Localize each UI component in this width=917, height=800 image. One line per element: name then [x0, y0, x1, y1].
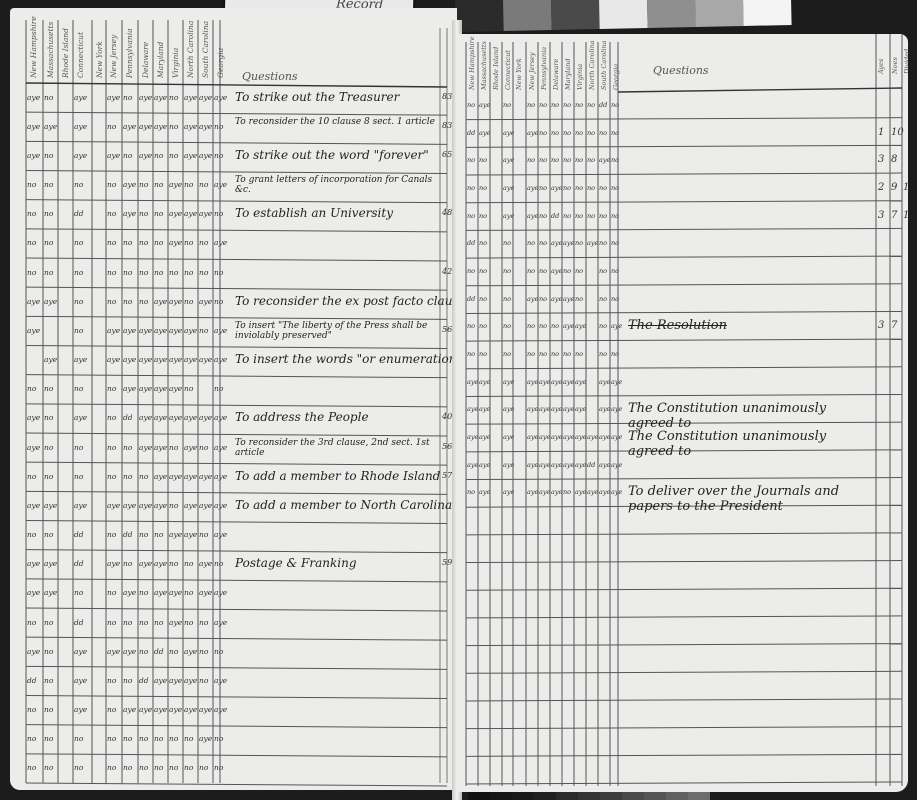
vote-cell: aye	[599, 156, 610, 164]
state-header: Delaware	[552, 46, 560, 90]
vote-cell: no	[539, 350, 547, 358]
vote-cell: no	[199, 676, 208, 685]
question-text: The Constitution unanimously agreed to	[628, 429, 863, 459]
vote-cell: no	[169, 443, 178, 452]
vote-cell: no	[575, 295, 583, 303]
vote-cell: no	[107, 122, 116, 131]
tally-header: Ayes	[877, 44, 885, 74]
vote-cell: no	[539, 156, 547, 164]
vote-cell: aye	[479, 101, 490, 109]
vote-cell: no	[74, 734, 83, 743]
vote-cell: aye	[575, 405, 586, 413]
vote-cell: aye	[587, 239, 598, 247]
vote-cell: no	[169, 763, 178, 772]
vote-cell: no	[184, 180, 193, 189]
vote-cell: no	[575, 267, 583, 275]
vote-cell: aye	[199, 501, 212, 510]
vote-cell: no	[587, 101, 595, 109]
question-text: To add a member to North Carolina	[235, 498, 435, 512]
vote-cell: aye	[169, 705, 182, 714]
vote-cell: aye	[199, 413, 212, 422]
vote-cell: no	[467, 350, 475, 358]
vote-cell: no	[123, 151, 132, 160]
vote-cell: no	[123, 238, 132, 247]
vote-cell: aye	[563, 295, 574, 303]
vote-cell: aye	[199, 559, 212, 568]
question-text: To insert the words "or enumeration"	[235, 352, 435, 366]
vote-cell: aye	[214, 472, 227, 481]
vote-cell: no	[123, 618, 132, 627]
vote-cell: aye	[139, 501, 152, 510]
vote-cell: no	[107, 443, 116, 452]
vote-cell: no	[44, 618, 53, 627]
vote-cell: no	[74, 238, 83, 247]
vote-cell: no	[169, 734, 178, 743]
vote-cell: aye	[575, 461, 586, 469]
left-page: Questions New HampshireMassachusettsRhod…	[10, 8, 457, 790]
state-header: Maryland	[156, 26, 165, 78]
state-header: New York	[515, 46, 523, 90]
vote-cell: no	[467, 488, 475, 496]
vote-cell: aye	[551, 184, 562, 192]
vote-cell: aye	[184, 209, 197, 218]
state-header: Maryland	[564, 46, 572, 90]
vote-cell: aye	[599, 378, 610, 386]
vote-cell: no	[214, 122, 223, 131]
vote-cell: no	[539, 101, 547, 109]
vote-cell: no	[479, 239, 487, 247]
vote-cell: dd	[74, 559, 84, 568]
vote-cell: aye	[563, 322, 574, 330]
vote-cell: aye	[169, 676, 182, 685]
vote-cell: no	[107, 763, 116, 772]
vote-cell: aye	[503, 378, 514, 386]
vote-cell: no	[154, 209, 163, 218]
vote-cell: no	[123, 559, 132, 568]
vote-cell: no	[611, 350, 619, 358]
vote-cell: aye	[184, 647, 197, 656]
vote-count: 56	[442, 325, 452, 334]
vote-cell: aye	[551, 378, 562, 386]
vote-cell: no	[139, 297, 148, 306]
vote-cell: no	[575, 239, 583, 247]
tally-value: 1	[878, 127, 884, 138]
vote-cell: aye	[123, 588, 136, 597]
vote-cell: no	[107, 676, 116, 685]
vote-cell: no	[74, 763, 83, 772]
vote-cell: aye	[107, 355, 120, 364]
vote-cell: aye	[599, 461, 610, 469]
vote-cell: no	[74, 326, 83, 335]
vote-cell: aye	[27, 151, 40, 160]
vote-cell: aye	[123, 355, 136, 364]
vote-cell: no	[169, 122, 178, 131]
vote-cell: aye	[199, 93, 212, 102]
question-text: To reconsider the ex post facto clause	[235, 294, 435, 308]
vote-cell: aye	[184, 355, 197, 364]
vote-cell: no	[74, 268, 83, 277]
question-text: To reconsider the 3rd clause, 2nd sect. …	[235, 438, 435, 458]
vote-cell: no	[27, 705, 36, 714]
vote-cell: dd	[123, 413, 133, 422]
vote-cell: aye	[27, 326, 40, 335]
vote-cell: aye	[154, 384, 167, 393]
vote-cell: aye	[563, 378, 574, 386]
vote-cell: aye	[139, 93, 152, 102]
vote-count: 83	[442, 92, 452, 101]
vote-cell: no	[44, 268, 53, 277]
vote-cell: aye	[539, 488, 550, 496]
vote-cell: no	[44, 93, 53, 102]
vote-cell: no	[123, 763, 132, 772]
vote-cell: no	[214, 763, 223, 772]
vote-cell: aye	[184, 443, 197, 452]
question-text: The Resolution	[628, 318, 727, 333]
state-header: New Hampshire	[29, 26, 38, 78]
vote-cell: aye	[44, 122, 57, 131]
state-header: Connecticut	[76, 26, 85, 78]
vote-cell: no	[587, 184, 595, 192]
vote-cell: no	[479, 184, 487, 192]
vote-cell: aye	[139, 443, 152, 452]
vote-cell: no	[611, 129, 619, 137]
vote-cell: no	[139, 588, 148, 597]
vote-cell: no	[154, 763, 163, 772]
vote-cell: no	[611, 267, 619, 275]
vote-cell: no	[199, 268, 208, 277]
vote-cell: no	[169, 501, 178, 510]
tally-value: 7	[891, 210, 897, 221]
vote-cell: no	[184, 588, 193, 597]
vote-cell: no	[575, 101, 583, 109]
vote-cell: aye	[169, 530, 182, 539]
vote-cell: aye	[214, 676, 227, 685]
state-header: Georgia	[216, 26, 225, 78]
vote-cell: no	[599, 184, 607, 192]
vote-cell: no	[611, 295, 619, 303]
vote-cell: no	[169, 151, 178, 160]
vote-cell: aye	[107, 501, 120, 510]
vote-cell: aye	[467, 405, 478, 413]
vote-cell: aye	[479, 461, 490, 469]
vote-count: 57	[442, 471, 452, 480]
vote-cell: no	[184, 268, 193, 277]
vote-cell: aye	[184, 501, 197, 510]
vote-cell: aye	[503, 461, 514, 469]
vote-cell: dd	[599, 101, 607, 109]
tally-header: Divided	[903, 44, 908, 74]
vote-cell: aye	[169, 209, 182, 218]
vote-cell: no	[539, 184, 547, 192]
vote-cell: aye	[503, 488, 514, 496]
vote-count: 42	[442, 267, 452, 276]
vote-cell: aye	[611, 405, 622, 413]
vote-cell: no	[563, 101, 571, 109]
vote-cell: aye	[139, 413, 152, 422]
vote-cell: no	[184, 384, 193, 393]
vote-cell: no	[27, 472, 36, 481]
vote-cell: aye	[169, 384, 182, 393]
vote-cell: no	[214, 559, 223, 568]
tally-value: 3	[878, 320, 884, 331]
vote-cell: no	[27, 268, 36, 277]
vote-cell: no	[139, 647, 148, 656]
vote-cell: no	[539, 267, 547, 275]
vote-cell: no	[44, 472, 53, 481]
vote-cell: aye	[479, 433, 490, 441]
vote-cell: aye	[199, 297, 212, 306]
vote-cell: no	[74, 588, 83, 597]
state-header: Delaware	[141, 26, 150, 78]
vote-cell: aye	[587, 488, 598, 496]
vote-cell: no	[503, 239, 511, 247]
vote-cell: no	[44, 238, 53, 247]
vote-cell: aye	[184, 472, 197, 481]
vote-cell: aye	[184, 705, 197, 714]
vote-cell: no	[184, 238, 193, 247]
vote-cell: aye	[214, 618, 227, 627]
vote-cell: aye	[611, 378, 622, 386]
vote-cell: aye	[184, 151, 197, 160]
vote-cell: dd	[27, 676, 37, 685]
vote-cell: aye	[74, 151, 87, 160]
vote-cell: aye	[154, 93, 167, 102]
question-text: To grant letters of incorporation for Ca…	[235, 175, 435, 195]
vote-cell: no	[107, 297, 116, 306]
vote-cell: aye	[551, 433, 562, 441]
vote-cell: no	[199, 443, 208, 452]
vote-cell: no	[587, 129, 595, 137]
vote-cell: no	[527, 239, 535, 247]
vote-cell: no	[467, 184, 475, 192]
vote-cell: aye	[184, 93, 197, 102]
vote-cell: aye	[154, 588, 167, 597]
vote-cell: no	[154, 180, 163, 189]
vote-cell: no	[539, 295, 547, 303]
vote-cell: aye	[44, 355, 57, 364]
vote-cell: aye	[139, 559, 152, 568]
vote-cell: aye	[123, 705, 136, 714]
vote-cell: aye	[27, 501, 40, 510]
vote-cell: no	[139, 238, 148, 247]
vote-cell: no	[467, 267, 475, 275]
state-header: Virginia	[171, 26, 180, 78]
vote-cell: aye	[123, 122, 136, 131]
vote-cell: aye	[527, 378, 538, 386]
vote-cell: no	[123, 443, 132, 452]
vote-cell: aye	[154, 326, 167, 335]
vote-cell: dd	[139, 676, 149, 685]
swatch	[551, 0, 600, 30]
state-header: Georgia	[612, 46, 620, 90]
vote-cell: aye	[107, 647, 120, 656]
vote-cell: no	[27, 618, 36, 627]
vote-cell: no	[199, 238, 208, 247]
vote-cell: dd	[74, 618, 84, 627]
swatch	[743, 0, 792, 26]
tally-value: 8	[891, 154, 897, 165]
vote-cell: no	[199, 647, 208, 656]
vote-cell: no	[184, 559, 193, 568]
vote-cell: aye	[27, 93, 40, 102]
vote-cell: aye	[154, 559, 167, 568]
vote-cell: no	[169, 93, 178, 102]
vote-cell: aye	[74, 122, 87, 131]
vote-cell: no	[154, 151, 163, 160]
vote-cell: aye	[27, 559, 40, 568]
vote-cell: no	[27, 734, 36, 743]
vote-cell: no	[563, 488, 571, 496]
tally-header: Noes	[891, 44, 899, 74]
vote-cell: no	[575, 184, 583, 192]
vote-cell: no	[611, 156, 619, 164]
question-text: To strike out the word "forever"	[235, 148, 429, 162]
vote-cell: aye	[199, 151, 212, 160]
vote-cell: aye	[74, 647, 87, 656]
vote-cell: aye	[551, 267, 562, 275]
question-text: To strike out the Treasurer	[235, 90, 399, 104]
question-text: To address the People	[235, 410, 369, 424]
vote-cell: aye	[551, 488, 562, 496]
vote-cell: no	[599, 129, 607, 137]
vote-cell: aye	[74, 501, 87, 510]
vote-cell: aye	[27, 443, 40, 452]
state-header: Virginia	[576, 46, 584, 90]
vote-cell: aye	[479, 405, 490, 413]
tally-value: 3	[878, 154, 884, 165]
vote-cell: aye	[214, 238, 227, 247]
vote-cell: no	[479, 156, 487, 164]
vote-cell: no	[467, 212, 475, 220]
vote-cell: dd	[467, 129, 475, 137]
vote-cell: no	[575, 212, 583, 220]
vote-cell: no	[107, 530, 116, 539]
vote-cell: no	[107, 238, 116, 247]
vote-cell: aye	[214, 326, 227, 335]
vote-cell: no	[563, 184, 571, 192]
vote-cell: dd	[551, 212, 559, 220]
vote-cell: no	[74, 384, 83, 393]
vote-cell: aye	[123, 384, 136, 393]
vote-cell: no	[503, 101, 511, 109]
state-header: South Carolina	[201, 26, 210, 78]
tally-value: 1	[903, 210, 908, 221]
vote-cell: aye	[107, 326, 120, 335]
vote-cell: no	[74, 180, 83, 189]
vote-cell: aye	[539, 433, 550, 441]
vote-cell: no	[199, 326, 208, 335]
vote-count: 56	[442, 442, 452, 451]
vote-cell: no	[44, 151, 53, 160]
vote-cell: no	[479, 350, 487, 358]
vote-cell: aye	[199, 122, 212, 131]
vote-cell: aye	[184, 122, 197, 131]
vote-cell: aye	[214, 93, 227, 102]
vote-cell: aye	[169, 297, 182, 306]
tally-value: 3	[878, 210, 884, 221]
vote-cell: no	[107, 472, 116, 481]
vote-cell: no	[599, 322, 607, 330]
vote-cell: no	[214, 734, 223, 743]
state-header: Massachusetts	[480, 46, 488, 90]
vote-cell: no	[551, 350, 559, 358]
state-header: Rhode Island	[492, 46, 500, 90]
vote-cell: aye	[551, 295, 562, 303]
vote-cell: aye	[27, 588, 40, 597]
vote-cell: no	[74, 297, 83, 306]
vote-cell: no	[587, 212, 595, 220]
vote-cell: aye	[527, 129, 538, 137]
vote-cell: aye	[214, 588, 227, 597]
vote-cell: aye	[563, 405, 574, 413]
vote-cell: no	[44, 209, 53, 218]
vote-cell: aye	[139, 384, 152, 393]
vote-cell: no	[74, 472, 83, 481]
vote-cell: dd	[467, 239, 475, 247]
state-header: Pennsylvania	[540, 46, 548, 90]
vote-cell: no	[139, 209, 148, 218]
vote-cell: aye	[184, 413, 197, 422]
vote-cell: aye	[27, 413, 40, 422]
vote-cell: aye	[139, 705, 152, 714]
vote-cell: no	[527, 322, 535, 330]
vote-cell: aye	[527, 295, 538, 303]
vote-cell: aye	[74, 705, 87, 714]
vote-cell: dd	[74, 209, 84, 218]
vote-cell: no	[551, 101, 559, 109]
vote-cell: no	[551, 129, 559, 137]
vote-cell: aye	[44, 559, 57, 568]
vote-cell: aye	[154, 676, 167, 685]
vote-cell: no	[107, 268, 116, 277]
vote-cell: aye	[503, 129, 514, 137]
vote-cell: no	[27, 530, 36, 539]
vote-count: 65	[442, 150, 452, 159]
vote-cell: no	[154, 238, 163, 247]
question-text: To deliver over the Journals and papers …	[628, 484, 863, 514]
vote-cell: aye	[479, 378, 490, 386]
vote-cell: no	[199, 180, 208, 189]
vote-cell: no	[479, 322, 487, 330]
vote-cell: aye	[169, 355, 182, 364]
vote-cell: no	[107, 384, 116, 393]
vote-cell: aye	[44, 501, 57, 510]
state-header: New York	[95, 26, 104, 78]
vote-cell: aye	[184, 530, 197, 539]
vote-cell: no	[503, 295, 511, 303]
question-text: To add a member to Rhode Island	[235, 469, 435, 483]
vote-cell: no	[611, 212, 619, 220]
state-header: New Jersey	[528, 46, 536, 90]
vote-cell: no	[479, 267, 487, 275]
vote-cell: no	[563, 267, 571, 275]
vote-cell: no	[139, 180, 148, 189]
vote-cell: aye	[563, 433, 574, 441]
vote-cell: aye	[214, 413, 227, 422]
vote-cell: no	[44, 763, 53, 772]
vote-cell: no	[503, 322, 511, 330]
vote-cell: aye	[575, 488, 586, 496]
question-text: Postage & Franking	[235, 556, 357, 570]
vote-cell: no	[107, 413, 116, 422]
vote-cell: no	[527, 350, 535, 358]
vote-cell: aye	[154, 472, 167, 481]
vote-cell: aye	[611, 322, 622, 330]
vote-cell: no	[107, 588, 116, 597]
vote-cell: no	[44, 180, 53, 189]
vote-cell: aye	[611, 461, 622, 469]
right-page: Questions New HampshireMassachusettsRhod…	[458, 34, 908, 792]
